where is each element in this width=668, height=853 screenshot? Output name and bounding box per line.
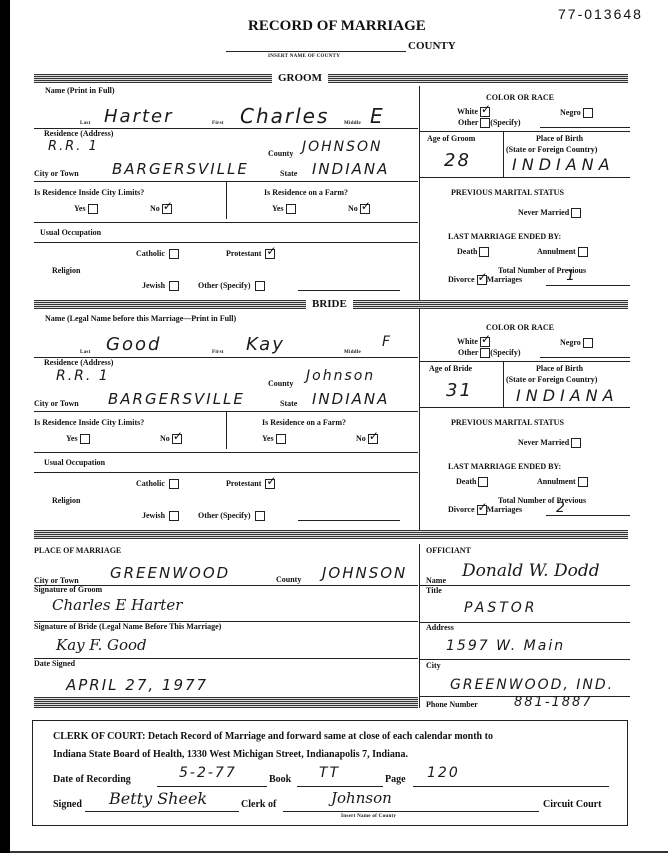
groom-farm-question: Is Residence on a Farm?	[264, 188, 348, 197]
place-county-label: County	[276, 575, 301, 584]
bride-birth-label: Place of Birth	[536, 364, 583, 373]
officiant-phone[interactable]: 881-1887	[514, 695, 593, 710]
groom-residence[interactable]: R.R. 1	[48, 139, 99, 154]
rule	[413, 786, 609, 787]
checkbox-checked[interactable]	[480, 337, 490, 347]
bride-never-married[interactable]: Never Married	[518, 438, 581, 448]
rule	[297, 786, 383, 787]
checkbox[interactable]	[169, 281, 179, 291]
groom-race-white[interactable]: White	[457, 107, 490, 117]
bride-race-title: COLOR OR RACE	[486, 323, 554, 332]
bride-religion-protestant[interactable]: Protestant	[226, 479, 275, 489]
checkbox-checked[interactable]	[360, 204, 370, 214]
page-title: RECORD OF MARRIAGE	[248, 18, 426, 35]
rule	[503, 131, 504, 177]
bride-city[interactable]: BARGERSVILLE	[108, 390, 245, 408]
checkbox-checked[interactable]	[368, 434, 378, 444]
clerk-of-label: Clerk of	[241, 799, 276, 810]
rule	[226, 182, 227, 219]
groom-never-married[interactable]: Never Married	[518, 208, 581, 218]
checkbox[interactable]	[169, 249, 179, 259]
checkbox[interactable]	[583, 338, 593, 348]
rule	[546, 285, 630, 286]
checkbox-checked[interactable]	[162, 204, 172, 214]
rule	[283, 811, 539, 812]
serial-number: 77-013648	[558, 6, 643, 22]
place-county[interactable]: JOHNSON	[322, 564, 407, 582]
groom-religion-jewish[interactable]: Jewish	[142, 281, 179, 291]
bride-farm-yes[interactable]: Yes	[262, 434, 286, 444]
bride-farm-no[interactable]: No	[356, 434, 378, 444]
officiant-address[interactable]: 1597 W. Main	[446, 638, 565, 654]
bride-state[interactable]: INDIANA	[312, 390, 389, 408]
officiant-address-label: Address	[426, 623, 454, 632]
officiant-title-label: Title	[426, 586, 442, 595]
groom-religion-catholic[interactable]: Catholic	[136, 249, 179, 259]
clerk-instruction-1: CLERK OF COURT: Detach Record of Marriag…	[53, 731, 493, 742]
rule	[420, 361, 630, 362]
bride-religion-other[interactable]: Other (Specify)	[198, 511, 265, 521]
bride-county-label: County	[268, 379, 293, 388]
date-signed[interactable]: APRIL 27, 1977	[66, 676, 208, 694]
bride-last-name[interactable]: Good	[106, 334, 161, 355]
checkbox[interactable]	[480, 118, 490, 128]
book-label: Book	[269, 774, 291, 785]
groom-age-label: Age of Groom	[427, 134, 475, 143]
place-bottom-bar	[34, 697, 418, 708]
bride-religion-catholic[interactable]: Catholic	[136, 479, 179, 489]
officiant-city[interactable]: GREENWOOD, IND.	[450, 677, 614, 693]
rule	[540, 127, 630, 128]
checkbox-checked[interactable]	[477, 505, 487, 515]
officiant-title: OFFICIANT	[426, 546, 471, 555]
place-section-bar	[34, 530, 628, 539]
checkbox[interactable]	[571, 208, 581, 218]
bride-city-limits-question: Is Residence Inside City Limits?	[34, 418, 144, 427]
bride-race-white[interactable]: White	[457, 337, 490, 347]
groom-first-name[interactable]: Charles	[240, 104, 329, 128]
county-label: COUNTY	[408, 40, 456, 52]
bride-death[interactable]: Death	[456, 477, 488, 487]
bride-religion-jewish[interactable]: Jewish	[142, 511, 179, 521]
clerk-instruction-2: Indiana State Board of Health, 1330 West…	[53, 749, 408, 760]
groom-total-prev[interactable]: 1	[566, 268, 577, 284]
bride-name-label: Name (Legal Name before this Marriage—Pr…	[45, 314, 236, 323]
checkbox-checked[interactable]	[477, 275, 487, 285]
bride-residence-label: Residence (Address)	[44, 358, 113, 367]
rule	[503, 361, 504, 407]
bride-birthplace[interactable]: INDIANA	[516, 386, 619, 405]
groom-religion-protestant[interactable]: Protestant	[226, 249, 275, 259]
clerk-signature[interactable]: Betty Sheek	[109, 789, 207, 808]
bride-first-name[interactable]: Kay	[246, 334, 285, 355]
groom-residence-label: Residence (Address)	[44, 129, 113, 138]
place-title: PLACE OF MARRIAGE	[34, 546, 121, 555]
checkbox-checked[interactable]	[265, 249, 275, 259]
groom-age[interactable]: 28	[444, 150, 471, 171]
checkbox[interactable]	[88, 204, 98, 214]
checkbox-checked[interactable]	[480, 107, 490, 117]
bride-state-label: State	[280, 399, 297, 408]
groom-middle-name[interactable]: E	[370, 104, 385, 128]
clerk-of-sublabel: Insert Name of County	[341, 814, 396, 819]
rule	[420, 585, 630, 586]
groom-county-label: County	[268, 149, 293, 158]
place-city-label: City or Town	[34, 576, 79, 585]
groom-divorce[interactable]: Divorce Marriages	[448, 275, 522, 285]
groom-farm-no[interactable]: No	[348, 204, 370, 214]
bride-divorce[interactable]: Divorce Marriages	[448, 505, 522, 515]
groom-state[interactable]: INDIANA	[312, 160, 389, 178]
checkbox[interactable]	[286, 204, 296, 214]
bride-marital-title: PREVIOUS MARITAL STATUS	[451, 418, 564, 427]
bride-last-label: Last	[80, 350, 91, 355]
groom-divider	[419, 86, 420, 312]
rule	[420, 131, 630, 132]
checkbox-checked[interactable]	[265, 479, 275, 489]
checkbox[interactable]	[583, 108, 593, 118]
checkbox[interactable]	[479, 247, 489, 257]
bride-signature[interactable]: Kay F. Good	[56, 636, 147, 654]
groom-ended-title: LAST MARRIAGE ENDED BY:	[448, 232, 561, 241]
groom-county[interactable]: JOHNSON	[302, 139, 383, 155]
groom-section-bar: GROOM	[34, 74, 628, 83]
county-line	[226, 51, 406, 52]
checkbox[interactable]	[169, 479, 179, 489]
groom-race-negro[interactable]: Negro	[560, 108, 593, 118]
rule	[226, 412, 227, 449]
officiant-title-value[interactable]: PASTOR	[464, 600, 538, 616]
groom-city-label: City or Town	[34, 169, 79, 178]
officiant-name-label: Name	[426, 576, 446, 585]
groom-occupation-label: Usual Occupation	[40, 228, 101, 237]
officiant-name[interactable]: Donald W. Dodd	[462, 561, 600, 581]
bride-divider	[419, 312, 420, 538]
bride-annulment[interactable]: Annulment	[537, 477, 588, 487]
bride-religion-label: Religion	[52, 496, 80, 505]
bride-age[interactable]: 31	[446, 380, 473, 401]
date-signed-label: Date Signed	[34, 659, 75, 668]
clerk-box: CLERK OF COURT: Detach Record of Marriag…	[32, 720, 628, 826]
scan-edge	[0, 0, 10, 853]
officiant-phone-label: Phone Number	[426, 700, 478, 709]
rule	[34, 242, 418, 243]
page-value[interactable]: 120	[427, 765, 460, 781]
bride-birth-sublabel: (State or Foreign Country)	[506, 375, 597, 384]
rule	[85, 811, 239, 812]
bride-residence[interactable]: R.R. 1	[56, 368, 110, 384]
clerk-of-county[interactable]: Johnson	[331, 789, 392, 807]
groom-state-label: State	[280, 169, 297, 178]
rule	[420, 659, 630, 660]
bride-age-label: Age of Bride	[429, 364, 472, 373]
bride-occupation-label: Usual Occupation	[44, 458, 105, 467]
signed-label: Signed	[53, 799, 82, 810]
groom-name-label: Name (Print in Full)	[45, 86, 115, 95]
bride-ended-title: LAST MARRIAGE ENDED BY:	[448, 462, 561, 471]
groom-section-label: GROOM	[272, 72, 328, 84]
checkbox-checked[interactable]	[172, 434, 182, 444]
checkbox[interactable]	[578, 247, 588, 257]
bride-total-prev-label: Total Number of Previous	[498, 496, 586, 505]
groom-last-label: Last	[80, 121, 91, 126]
rule	[420, 407, 630, 408]
rule	[298, 520, 400, 521]
bride-section-label: BRIDE	[306, 298, 353, 310]
groom-race-other[interactable]: Other (Specify)	[458, 118, 521, 128]
bride-farm-question: Is Residence on a Farm?	[262, 418, 346, 427]
bride-middle-name[interactable]: F	[382, 334, 392, 350]
bride-first-label: First	[212, 350, 224, 355]
groom-marital-title: PREVIOUS MARITAL STATUS	[451, 188, 564, 197]
bride-county[interactable]: Johnson	[306, 368, 375, 384]
groom-birth-label: Place of Birth	[536, 134, 583, 143]
checkbox[interactable]	[478, 477, 488, 487]
rule	[540, 357, 630, 358]
recording-date[interactable]: 5-2-77	[179, 765, 237, 781]
checkbox[interactable]	[80, 434, 90, 444]
groom-middle-label: Middle	[344, 121, 361, 126]
bride-total-prev[interactable]: 2	[556, 500, 567, 516]
recording-date-label: Date of Recording	[53, 774, 131, 785]
page-label: Page	[385, 774, 406, 785]
checkbox[interactable]	[480, 348, 490, 358]
checkbox[interactable]	[578, 477, 588, 487]
groom-birth-sublabel: (State or Foreign Country)	[506, 145, 597, 154]
groom-signature[interactable]: Charles E Harter	[52, 596, 182, 614]
place-divider	[419, 544, 420, 708]
groom-first-label: First	[212, 121, 224, 126]
officiant-city-label: City	[426, 661, 441, 670]
rule	[34, 222, 418, 223]
rule	[298, 290, 400, 291]
groom-death[interactable]: Death	[457, 247, 489, 257]
county-sublabel: INSERT NAME OF COUNTY	[268, 54, 340, 59]
rule	[157, 786, 267, 787]
checkbox[interactable]	[255, 281, 265, 291]
bride-section-bar: BRIDE	[34, 300, 628, 309]
circuit-court-label: Circuit Court	[543, 799, 601, 810]
groom-last-name[interactable]: Harter	[104, 106, 174, 127]
groom-city-limits-yes[interactable]: Yes	[74, 204, 98, 214]
groom-religion-label: Religion	[52, 266, 80, 275]
groom-birthplace[interactable]: INDIANA	[512, 155, 615, 174]
bride-signature-label: Signature of Bride (Legal Name Before Th…	[34, 622, 221, 631]
rule	[34, 472, 418, 473]
rule	[34, 452, 418, 453]
bride-city-label: City or Town	[34, 399, 79, 408]
groom-farm-yes[interactable]: Yes	[272, 204, 296, 214]
rule	[34, 658, 418, 659]
checkbox[interactable]	[276, 434, 286, 444]
place-city[interactable]: GREENWOOD	[110, 564, 230, 582]
groom-city[interactable]: BARGERSVILLE	[112, 160, 249, 178]
checkbox[interactable]	[169, 511, 179, 521]
bride-race-negro[interactable]: Negro	[560, 338, 593, 348]
bride-middle-label: Middle	[344, 350, 361, 355]
bride-city-limits-yes[interactable]: Yes	[66, 434, 90, 444]
book-value[interactable]: TT	[319, 765, 340, 781]
rule	[420, 177, 630, 178]
groom-annulment[interactable]: Annulment	[537, 247, 588, 257]
groom-signature-label: Signature of Groom	[34, 585, 102, 594]
checkbox[interactable]	[571, 438, 581, 448]
bride-city-limits-no[interactable]: No	[160, 434, 182, 444]
checkbox[interactable]	[255, 511, 265, 521]
groom-religion-other[interactable]: Other (Specify)	[198, 281, 265, 291]
groom-city-limits-no[interactable]: No	[150, 204, 172, 214]
bride-race-other[interactable]: Other (Specify)	[458, 348, 521, 358]
groom-race-title: COLOR OR RACE	[486, 93, 554, 102]
groom-city-limits-question: Is Residence Inside City Limits?	[34, 188, 144, 197]
